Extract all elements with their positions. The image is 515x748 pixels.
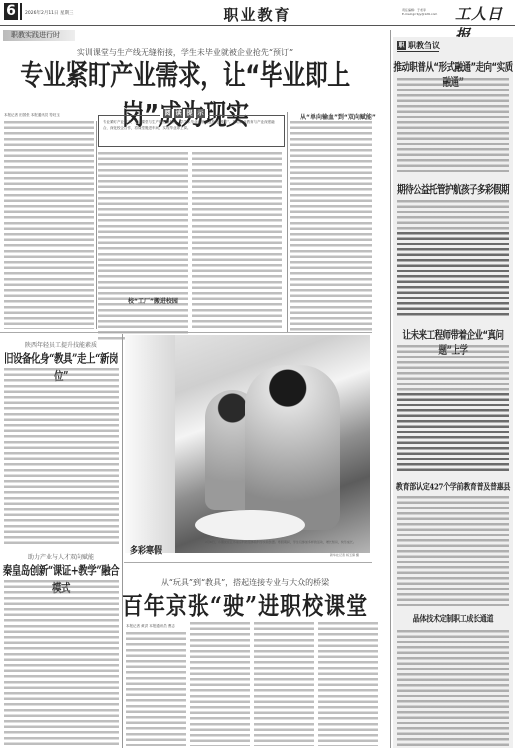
masthead: 6 2026年2月11日 星期三 职业教育 责任编辑：于老李 E-mail:gr… <box>0 0 515 26</box>
sidebar-article-2-headline: 期待公益托管护航孩子多彩假期 <box>393 182 513 197</box>
sidebar-column-title: 职教刍议 <box>408 40 440 51</box>
photo-divider <box>124 562 372 563</box>
main-article-column-2 <box>98 152 188 342</box>
left-story-2-body <box>4 580 119 746</box>
section-divider <box>0 332 372 333</box>
sidebar-article-1-body <box>397 78 509 174</box>
bottom-article-column-3 <box>254 622 314 746</box>
reading-guide-title: 阅 读 提 示 <box>160 109 208 118</box>
column-divider <box>287 112 288 332</box>
bottom-article-column-1 <box>126 632 186 746</box>
photo-adult-figure <box>245 365 340 530</box>
sidebar-article-2-news <box>397 200 509 230</box>
sidebar-article-4-headline: 教育部认定427个学前教育普及普惠县 <box>393 481 513 493</box>
photo-background-light <box>125 335 175 553</box>
sidebar-article-2-comment <box>397 232 509 316</box>
sidebar-article-5-headline: 晶体技术定制职工成长通道 <box>393 613 513 625</box>
bottom-kicker: 从“玩具”到“教具”，搭起连接专业与大众的桥梁 <box>120 577 370 588</box>
column-divider <box>96 121 97 329</box>
bottom-byline: 本报记者 黄洪 本报通讯员 曹志 <box>126 624 175 629</box>
column-label: 职教实践进行时 <box>3 30 75 41</box>
bottom-article-column-4 <box>318 622 378 746</box>
column-divider <box>122 334 123 748</box>
main-article-column-4 <box>290 121 372 331</box>
editor-info: 责任编辑：于老李 E-mail:grrbjy@126.com <box>402 8 437 16</box>
guide-char: 示 <box>196 109 205 118</box>
feature-photo <box>125 335 370 553</box>
reading-guide-text: 专业紧盯产业需求，实训课堂与生产线无缝衔接，学生未毕业就被企业抢先“预订”。推动… <box>103 120 281 131</box>
column-badge-icon: 职 <box>397 41 406 50</box>
sidebar-article-3-comment <box>397 393 509 473</box>
bottom-headline: 百年京张“驶”进职校课堂 <box>120 588 370 623</box>
main-subhead-middle: 校“工厂”搬进校园 <box>128 296 178 305</box>
main-byline: 本报记者 田国垒 本报通讯员 符旺玉 <box>4 113 60 118</box>
guide-char: 读 <box>174 109 183 118</box>
sidebar-article-4-body <box>397 496 509 606</box>
editor-email: E-mail:grrbjy@126.com <box>402 12 437 16</box>
left-story-1-body <box>4 368 119 546</box>
main-article-column-3 <box>192 152 282 330</box>
guide-char: 提 <box>185 109 194 118</box>
sidebar-article-3-news <box>397 345 509 391</box>
main-article-column-1 <box>4 121 94 329</box>
main-subhead-right: 从“单向输血”到“双向赋能” <box>300 112 376 121</box>
photo-tag: 多彩寒假 <box>130 544 162 557</box>
sidebar-title-underline <box>397 51 439 52</box>
sidebar-divider <box>390 30 391 748</box>
sidebar-article-5-body <box>397 630 509 746</box>
bottom-article-column-2 <box>190 622 250 746</box>
section-title: 职业教育 <box>0 4 515 25</box>
photo-table <box>195 510 305 540</box>
sidebar-column-header: 职 职教刍议 <box>397 40 440 51</box>
photo-caption: 2月6日，小朋友在江苏南京科技馆体验科学实验装置。寒假期间，学生们参加多样的活动… <box>205 540 365 545</box>
guide-char: 阅 <box>163 109 172 118</box>
photo-credit: 新华社记者 杨玉倩 摄 <box>330 553 359 557</box>
